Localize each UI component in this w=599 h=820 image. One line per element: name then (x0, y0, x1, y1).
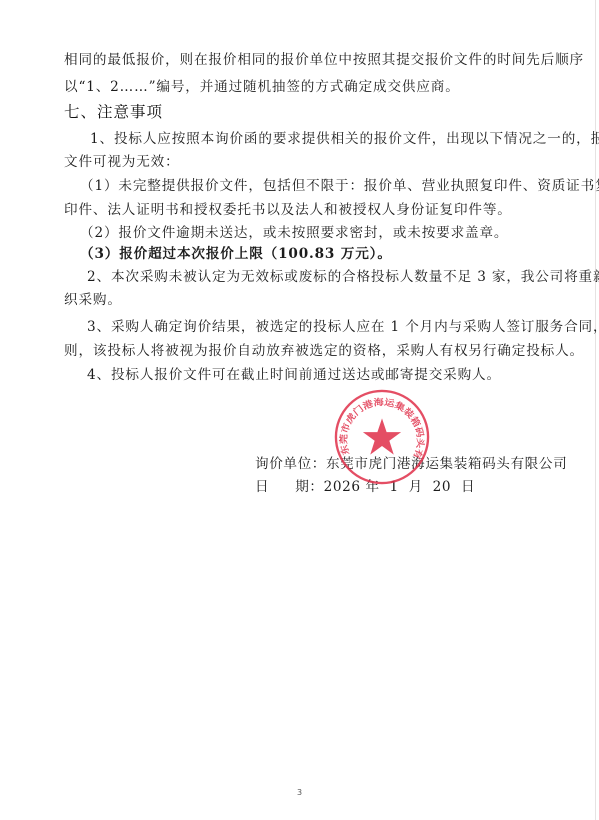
unit-label: 询价单位： (255, 456, 326, 472)
list-item-3-cont: 则，该投标人将被视为报价自动放弃被选定的资格，采购人有权另行确定投标人。 (64, 342, 534, 360)
page-edge (595, 0, 596, 820)
sub-item-1-cont: 印件、法人证明书和授权委托书以及法人和被授权人身份证复印件等。 (64, 201, 534, 219)
date-value: 2026 年 1 月 20 日 (324, 479, 476, 495)
list-item-1: 1、投标人应按照本询价函的要求提供相关的报价文件，出现以下情况之一的，报价 (90, 130, 560, 148)
star-icon (363, 418, 401, 454)
list-item-2: 2、本次采购未被认定为无效标或废标的合格投标人数量不足 3 家，我公司将重新组 (87, 268, 557, 286)
list-item-4: 4、投标人报价文件可在截止时间前通过送达或邮寄提交采购人。 (87, 366, 557, 384)
date-label-2: 期： (295, 479, 323, 495)
list-item-2-cont: 织采购。 (64, 291, 534, 309)
paragraph-line: 以“1、2……”编号，并通过随机抽签的方式确定成交供应商。 (64, 78, 534, 96)
list-item-1-cont: 文件可视为无效： (64, 153, 534, 171)
paragraph-line: 相同的最低报价，则在报价相同的报价单位中按照其提交报价文件的时间先后顺序 (64, 51, 534, 69)
signature-date: 日期：2026 年 1 月 20 日 (255, 478, 475, 496)
list-item-3: 3、采购人确定询价结果，被选定的投标人应在 1 个月内与采购人签订服务合同，否 (87, 318, 557, 336)
unit-value: 东莞市虎门港海运集装箱码头有限公司 (326, 456, 567, 472)
page-number: 3 (0, 788, 599, 797)
date-label-1: 日 (255, 479, 269, 495)
section-heading: 七、注意事项 (64, 102, 163, 122)
sub-item-3-price-cap: （3）报价超过本次报价上限（100.83 万元）。 (80, 245, 550, 263)
seal-text: 东莞市虎门港海运集装箱码头有限公司 (333, 388, 427, 461)
sub-item-1: （1）未完整提供报价文件，包括但不限于：报价单、营业执照复印件、资质证书复 (80, 177, 550, 195)
signature-unit: 询价单位：东莞市虎门港海运集装箱码头有限公司 (255, 455, 567, 473)
sub-item-2: （2）报价文件逾期未送达，或未按照要求密封，或未按要求盖章。 (80, 224, 550, 242)
